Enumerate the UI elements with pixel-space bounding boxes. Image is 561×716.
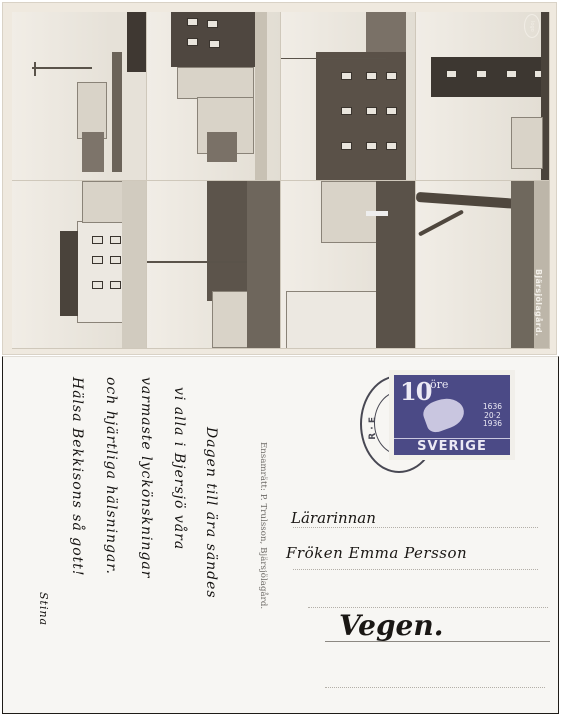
photo-panel-railway	[147, 181, 282, 350]
photo-panel-tower: logo	[416, 12, 551, 181]
postcard-back: Dagen till ära sändes vi alla i Bjersjö …	[2, 356, 559, 714]
photo-panel-villa	[281, 181, 416, 350]
address-title: Lärarinnan	[291, 509, 376, 527]
message-line-4: och hjärtliga hälsningar.	[103, 377, 119, 575]
photo-grid: logo	[12, 12, 550, 349]
stamp-country: SVERIGE	[394, 438, 510, 455]
address-line-3	[308, 607, 548, 608]
address-town: Vegen.	[339, 609, 443, 642]
message-line-1: Dagen till ära sändes	[203, 427, 219, 599]
signature: Stina	[37, 592, 50, 626]
address-name: Fröken Emma Persson	[286, 544, 467, 562]
publisher-credit: Ensamrätt: P. Trulsson, Bjärsjölagård.	[258, 442, 268, 609]
photo-caption: Bjärsjölagård.	[534, 269, 543, 336]
stamp-dates: 1636 20·2 1936	[483, 403, 502, 429]
photo-panel-street-pole	[12, 12, 147, 181]
address-line-1	[293, 527, 538, 528]
stamp-face: 10 öre 1636 20·2 1936 SVERIGE	[394, 375, 510, 455]
photo-panel-manor	[12, 181, 147, 350]
message-line-3: varmaste lyckönskningar	[138, 377, 154, 578]
message-line-2: vi alla i Bjersjö våra	[171, 387, 187, 550]
photo-panel-shops	[147, 12, 282, 181]
photo-panel-tree: Bjärsjölagård.	[416, 181, 551, 350]
stamp-value: 10	[400, 377, 431, 406]
address-line-5	[325, 687, 545, 688]
address-line-4	[325, 641, 550, 642]
photo-panel-brick-building	[281, 12, 416, 181]
address-line-2	[293, 569, 538, 570]
postage-stamp: 10 öre 1636 20·2 1936 SVERIGE	[389, 370, 515, 460]
postmark-text: R · E	[368, 417, 378, 440]
stamp-unit: öre	[430, 378, 448, 391]
postcard-front: logo	[2, 2, 557, 355]
publisher-logo: logo	[524, 14, 540, 38]
message-line-5: Hälsa Bekkisons så gott!	[69, 377, 85, 577]
stamp-date-3: 1936	[483, 420, 502, 429]
